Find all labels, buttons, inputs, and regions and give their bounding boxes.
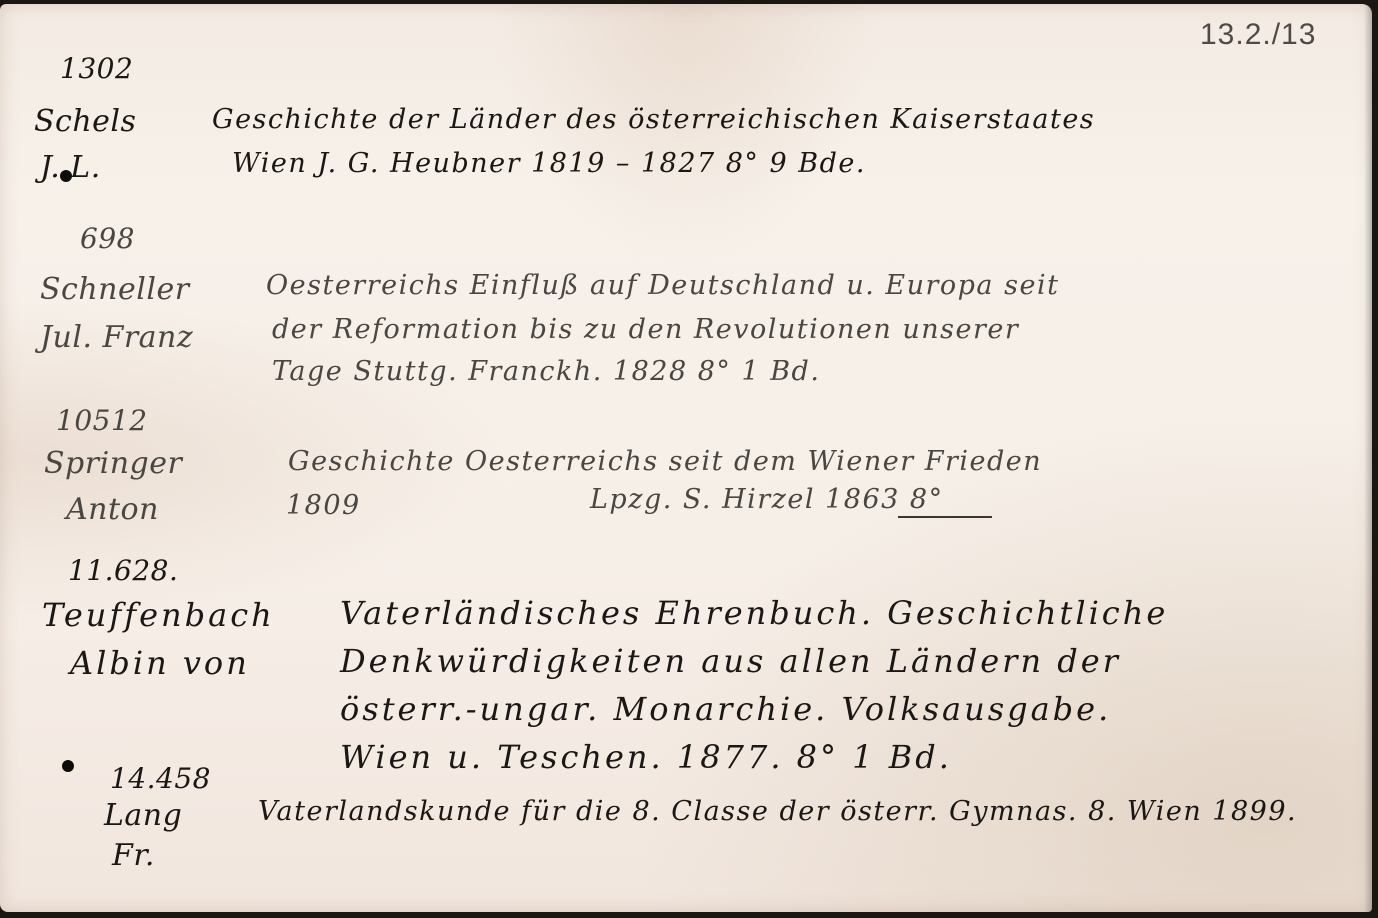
shelf-mark: 13.2./13 <box>1200 18 1316 52</box>
title-line: Geschichte der Länder des österreichisch… <box>212 104 1095 135</box>
imprint-text: Lpzg. S. Hirzel 1863 8° <box>590 484 944 515</box>
call-number: 10512 <box>56 404 148 437</box>
ink-blot <box>62 760 74 772</box>
author-surname: Lang <box>104 798 182 833</box>
imprint-line: Lpzg. S. Hirzel 1863 8° <box>590 484 944 515</box>
call-number: 14.458 <box>110 762 211 795</box>
call-number: 698 <box>80 222 135 255</box>
author-surname: Schneller <box>40 272 190 307</box>
author-given-name: Albin von <box>70 644 250 682</box>
year-underline <box>898 516 992 518</box>
author-surname: Teuffenbach <box>42 596 275 634</box>
call-number: 1302 <box>60 52 133 85</box>
author-given-name: Anton <box>66 492 159 527</box>
author-given-name: Jul. Franz <box>40 320 193 355</box>
catalog-card: 13.2./13 1302 Schels J. L. Geschichte de… <box>0 4 1372 912</box>
title-line: Wien u. Teschen. 1877. 8° 1 Bd. <box>340 738 952 776</box>
title-line: Vaterländisches Ehrenbuch. Geschichtlich… <box>340 594 1168 632</box>
title-line: Wien J. G. Heubner 1819 – 1827 8° 9 Bde. <box>232 148 866 179</box>
title-line: Denkwürdigkeiten aus allen Ländern der <box>340 642 1121 680</box>
title-line: Oesterreichs Einfluß auf Deutschland u. … <box>266 270 1059 301</box>
call-number: 11.628. <box>68 554 178 587</box>
ink-blot <box>60 170 72 182</box>
author-given-name: Fr. <box>112 838 155 873</box>
title-line: Geschichte Oesterreichs seit dem Wiener … <box>288 446 1042 477</box>
title-line: Tage Stuttg. Franckh. 1828 8° 1 Bd. <box>272 356 820 387</box>
author-surname: Springer <box>44 446 182 481</box>
title-line: 1809 <box>286 490 361 521</box>
title-line: der Reformation bis zu den Revolutionen … <box>272 314 1019 345</box>
title-line: Vaterlandskunde für die 8. Classe der ös… <box>258 796 1297 827</box>
author-surname: Schels <box>34 104 136 139</box>
title-line: österr.-ungar. Monarchie. Volksausgabe. <box>340 690 1111 728</box>
